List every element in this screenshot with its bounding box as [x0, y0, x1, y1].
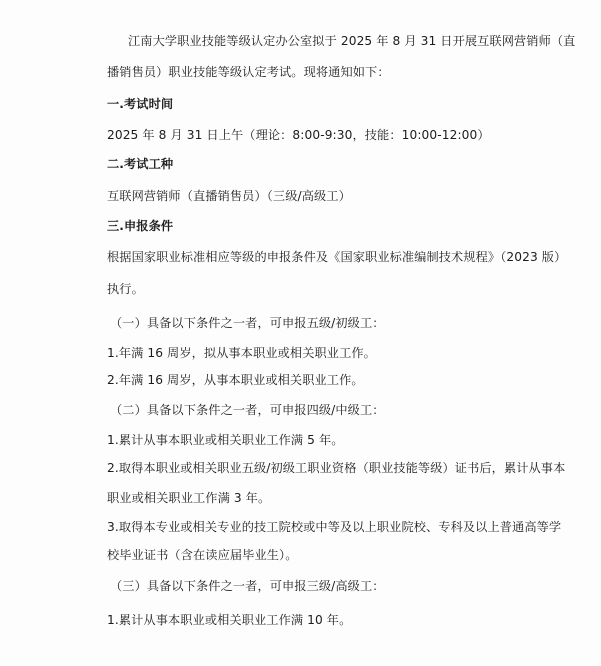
intro-line-2: 播销售员）职业技能等级认定考试。现将通知如下：	[107, 64, 390, 80]
level3-item: 1.累计从事本职业或相关职业工作满 10 年。	[107, 612, 351, 628]
section-heading-exam-time: 一.考试时间	[107, 96, 173, 112]
section-heading-requirements: 三.申报条件	[107, 218, 173, 234]
exam-type-text: 互联网营销师（直播销售员）（三级/高级工）	[107, 188, 351, 204]
requirements-intro-line-1: 根据国家职业标准相应等级的申报条件及《国家职业标准编制技术规程》（2023 版）	[107, 249, 566, 265]
level5-title: （一）具备以下条件之一者，可申报五级/初级工：	[110, 315, 385, 331]
level4-item: 2.取得本职业或相关职业五级/初级工职业资格（职业技能等级）证书后，累计从事本	[107, 460, 565, 476]
level4-item: 校毕业证书（含在读应届毕业生）。	[107, 547, 298, 563]
intro-line-1: 江南大学职业技能等级认定办公室拟于 2025 年 8 月 31 日开展互联网营销…	[128, 33, 575, 49]
level5-item: 1.年满 16 周岁，拟从事本职业或相关职业工作。	[107, 345, 376, 361]
level4-item: 3.取得本专业或相关专业的技工院校或中等及以上职业院校、专科及以上普通高等学	[107, 519, 561, 535]
level4-item: 职业或相关职业工作满 3 年。	[107, 490, 270, 506]
section-heading-exam-type: 二.考试工种	[107, 156, 173, 172]
level4-title: （二）具备以下条件之一者，可申报四级/中级工：	[110, 402, 385, 418]
document-page: 江南大学职业技能等级认定办公室拟于 2025 年 8 月 31 日开展互联网营销…	[0, 0, 601, 666]
level5-item: 2.年满 16 周岁，从事本职业或相关职业工作。	[107, 372, 364, 388]
requirements-intro-line-2: 执行。	[107, 281, 144, 297]
level3-title: （三）具备以下条件之一者，可申报三级/高级工：	[110, 578, 385, 594]
level4-item: 1.累计从事本职业或相关职业工作满 5 年。	[107, 432, 344, 448]
exam-time-text: 2025 年 8 月 31 日上午（理论：8:00-9:30，技能：10:00-…	[107, 127, 490, 143]
